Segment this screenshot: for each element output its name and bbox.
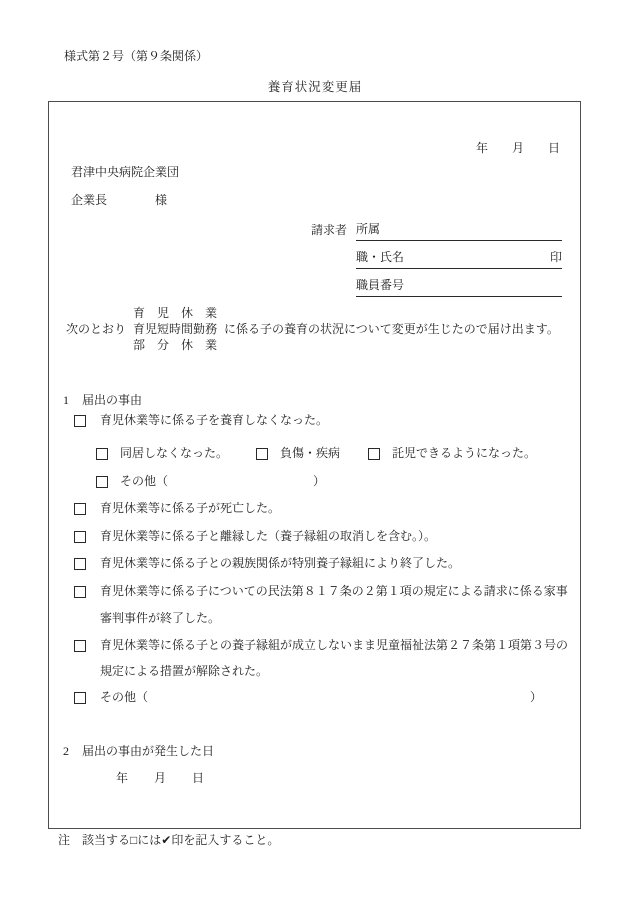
reason-other-blank[interactable]	[148, 697, 530, 698]
reason-item-5: 育児休業等に係る子についての民法第８１７条の２第１項の規定による請求に係る家事	[74, 584, 568, 599]
checkbox-icon[interactable]	[74, 640, 86, 652]
sub-reason-1-label: 同居しなくなった。	[120, 446, 228, 461]
option-partial-leave: 部 分 休 業	[133, 337, 217, 353]
reason-other-label: その他（	[100, 690, 148, 705]
reason-item-7-other: その他（ ）	[74, 690, 542, 705]
option-childcare-leave: 育 児 休 業	[133, 305, 217, 321]
checkbox-icon[interactable]	[74, 692, 86, 704]
checkbox-icon[interactable]	[74, 415, 86, 427]
affiliation-field[interactable]: 所属	[356, 222, 562, 241]
name-field[interactable]: 職・氏名 印	[356, 250, 562, 269]
name-label: 職・氏名	[356, 250, 404, 265]
statement-prefix: 次のとおり	[66, 322, 126, 337]
sub-reason-2-label: 負傷・疾病	[280, 446, 340, 461]
addressee-honorific: 様	[155, 193, 167, 208]
affiliation-label: 所属	[356, 222, 380, 237]
notification-statement: 次のとおり 育 児 休 業 育児短時間勤務 部 分 休 業 に係る子の養育の状況…	[66, 305, 559, 353]
reason-item-6-continued: 規定による措置が解除された。	[100, 664, 268, 679]
checkbox-icon[interactable]	[74, 503, 86, 515]
form-box: 年 月 日 君津中央病院企業団 企業長 様 請求者 所属 職・氏名 印	[48, 101, 581, 829]
section2-number: 2	[63, 744, 69, 759]
staff-number-field[interactable]: 職員番号	[356, 278, 562, 297]
reason-item-3: 育児休業等に係る子と離縁した（養子縁組の取消しを含む。）。	[74, 529, 436, 544]
reason-item-4: 育児休業等に係る子との親族関係が特別養子縁組により終了した。	[74, 556, 460, 571]
footnote: 注 該当する□には✔印を記入すること。	[58, 833, 279, 848]
reason-item-2: 育児休業等に係る子が死亡した。	[74, 501, 280, 516]
sub-other-label: その他（	[120, 474, 168, 489]
footnote-text: 該当する□には✔印を記入すること。	[82, 833, 279, 848]
form-page: 様式第２号（第９条関係） 養育状況変更届 年 月 日 君津中央病院企業団 企業長…	[0, 0, 630, 903]
checkbox-icon[interactable]	[96, 448, 108, 460]
reason-item-5-line2: 審判事件が終了した。	[100, 611, 220, 626]
leave-type-options: 育 児 休 業 育児短時間勤務 部 分 休 業	[133, 305, 217, 353]
reason-item-1-subrow: 同居しなくなった。 負傷・疾病 託児できるようになった。	[96, 446, 536, 461]
occurrence-month-label[interactable]: 月	[154, 771, 166, 786]
reason-other-close-paren: ）	[530, 690, 542, 705]
checkbox-icon[interactable]	[74, 558, 86, 570]
addressee-line: 企業長 様	[71, 193, 167, 208]
reason-item-3-label: 育児休業等に係る子と離縁した（養子縁組の取消しを含む。）。	[100, 529, 436, 544]
form-number: 様式第２号（第９条関係）	[64, 49, 208, 64]
section1-heading: 1 届出の事由	[63, 393, 142, 408]
checkbox-icon[interactable]	[368, 448, 380, 460]
claimant-name-row: 職・氏名 印	[311, 251, 562, 269]
claimant-affiliation-row: 請求者 所属	[311, 223, 562, 241]
occurrence-year-label[interactable]: 年	[116, 771, 128, 786]
addressee-organization: 君津中央病院企業団	[71, 165, 179, 180]
occurrence-day-label[interactable]: 日	[192, 771, 204, 786]
section2-title: 届出の事由が発生した日	[82, 744, 214, 759]
reason-item-1: 育児休業等に係る子を養育しなくなった。	[74, 413, 328, 428]
reason-item-1-other-row: その他（ ）	[96, 474, 325, 489]
reason-item-5-continued: 審判事件が終了した。	[100, 611, 220, 626]
statement-suffix: に係る子の養育の状況について変更が生じたので届け出ます。	[224, 322, 559, 337]
seal-label: 印	[550, 250, 562, 265]
date-month-label[interactable]: 月	[512, 141, 524, 156]
submission-date-line: 年 月 日	[476, 141, 560, 156]
checkbox-icon[interactable]	[256, 448, 268, 460]
reason-item-6-line1: 育児休業等に係る子との養子縁組が成立しないまま児童福祉法第２７条第１項第３号の	[100, 638, 568, 653]
page-title: 養育状況変更届	[0, 80, 630, 96]
reason-item-4-label: 育児休業等に係る子との親族関係が特別養子縁組により終了した。	[100, 556, 460, 571]
section1-title: 届出の事由	[82, 393, 142, 408]
date-day-label[interactable]: 日	[548, 141, 560, 156]
reason-item-6: 育児休業等に係る子との養子縁組が成立しないまま児童福祉法第２７条第１項第３号の	[74, 638, 568, 653]
sub-reason-3-label: 託児できるようになった。	[392, 446, 536, 461]
sub-other-close-paren: ）	[313, 474, 325, 489]
checkbox-icon[interactable]	[74, 531, 86, 543]
claimant-staff-number-row: 職員番号	[311, 279, 562, 297]
section1-number: 1	[63, 393, 69, 408]
staff-number-label: 職員番号	[356, 278, 404, 293]
reason-item-2-label: 育児休業等に係る子が死亡した。	[100, 501, 280, 516]
checkbox-icon[interactable]	[96, 476, 108, 488]
addressee-title: 企業長	[71, 193, 107, 208]
reason-item-5-line1: 育児休業等に係る子についての民法第８１７条の２第１項の規定による請求に係る家事	[100, 584, 568, 599]
footnote-label: 注	[58, 833, 70, 848]
reason-item-6-line2: 規定による措置が解除された。	[100, 664, 268, 679]
sub-other-blank[interactable]	[168, 481, 313, 482]
reason-item-1-label: 育児休業等に係る子を養育しなくなった。	[100, 413, 328, 428]
occurrence-date-line: 年 月 日	[116, 771, 204, 786]
date-year-label[interactable]: 年	[476, 141, 488, 156]
claimant-label: 請求者	[311, 223, 347, 241]
section2-heading: 2 届出の事由が発生した日	[63, 744, 214, 759]
checkbox-icon[interactable]	[74, 586, 86, 598]
option-shortened-hours: 育児短時間勤務	[133, 321, 217, 337]
